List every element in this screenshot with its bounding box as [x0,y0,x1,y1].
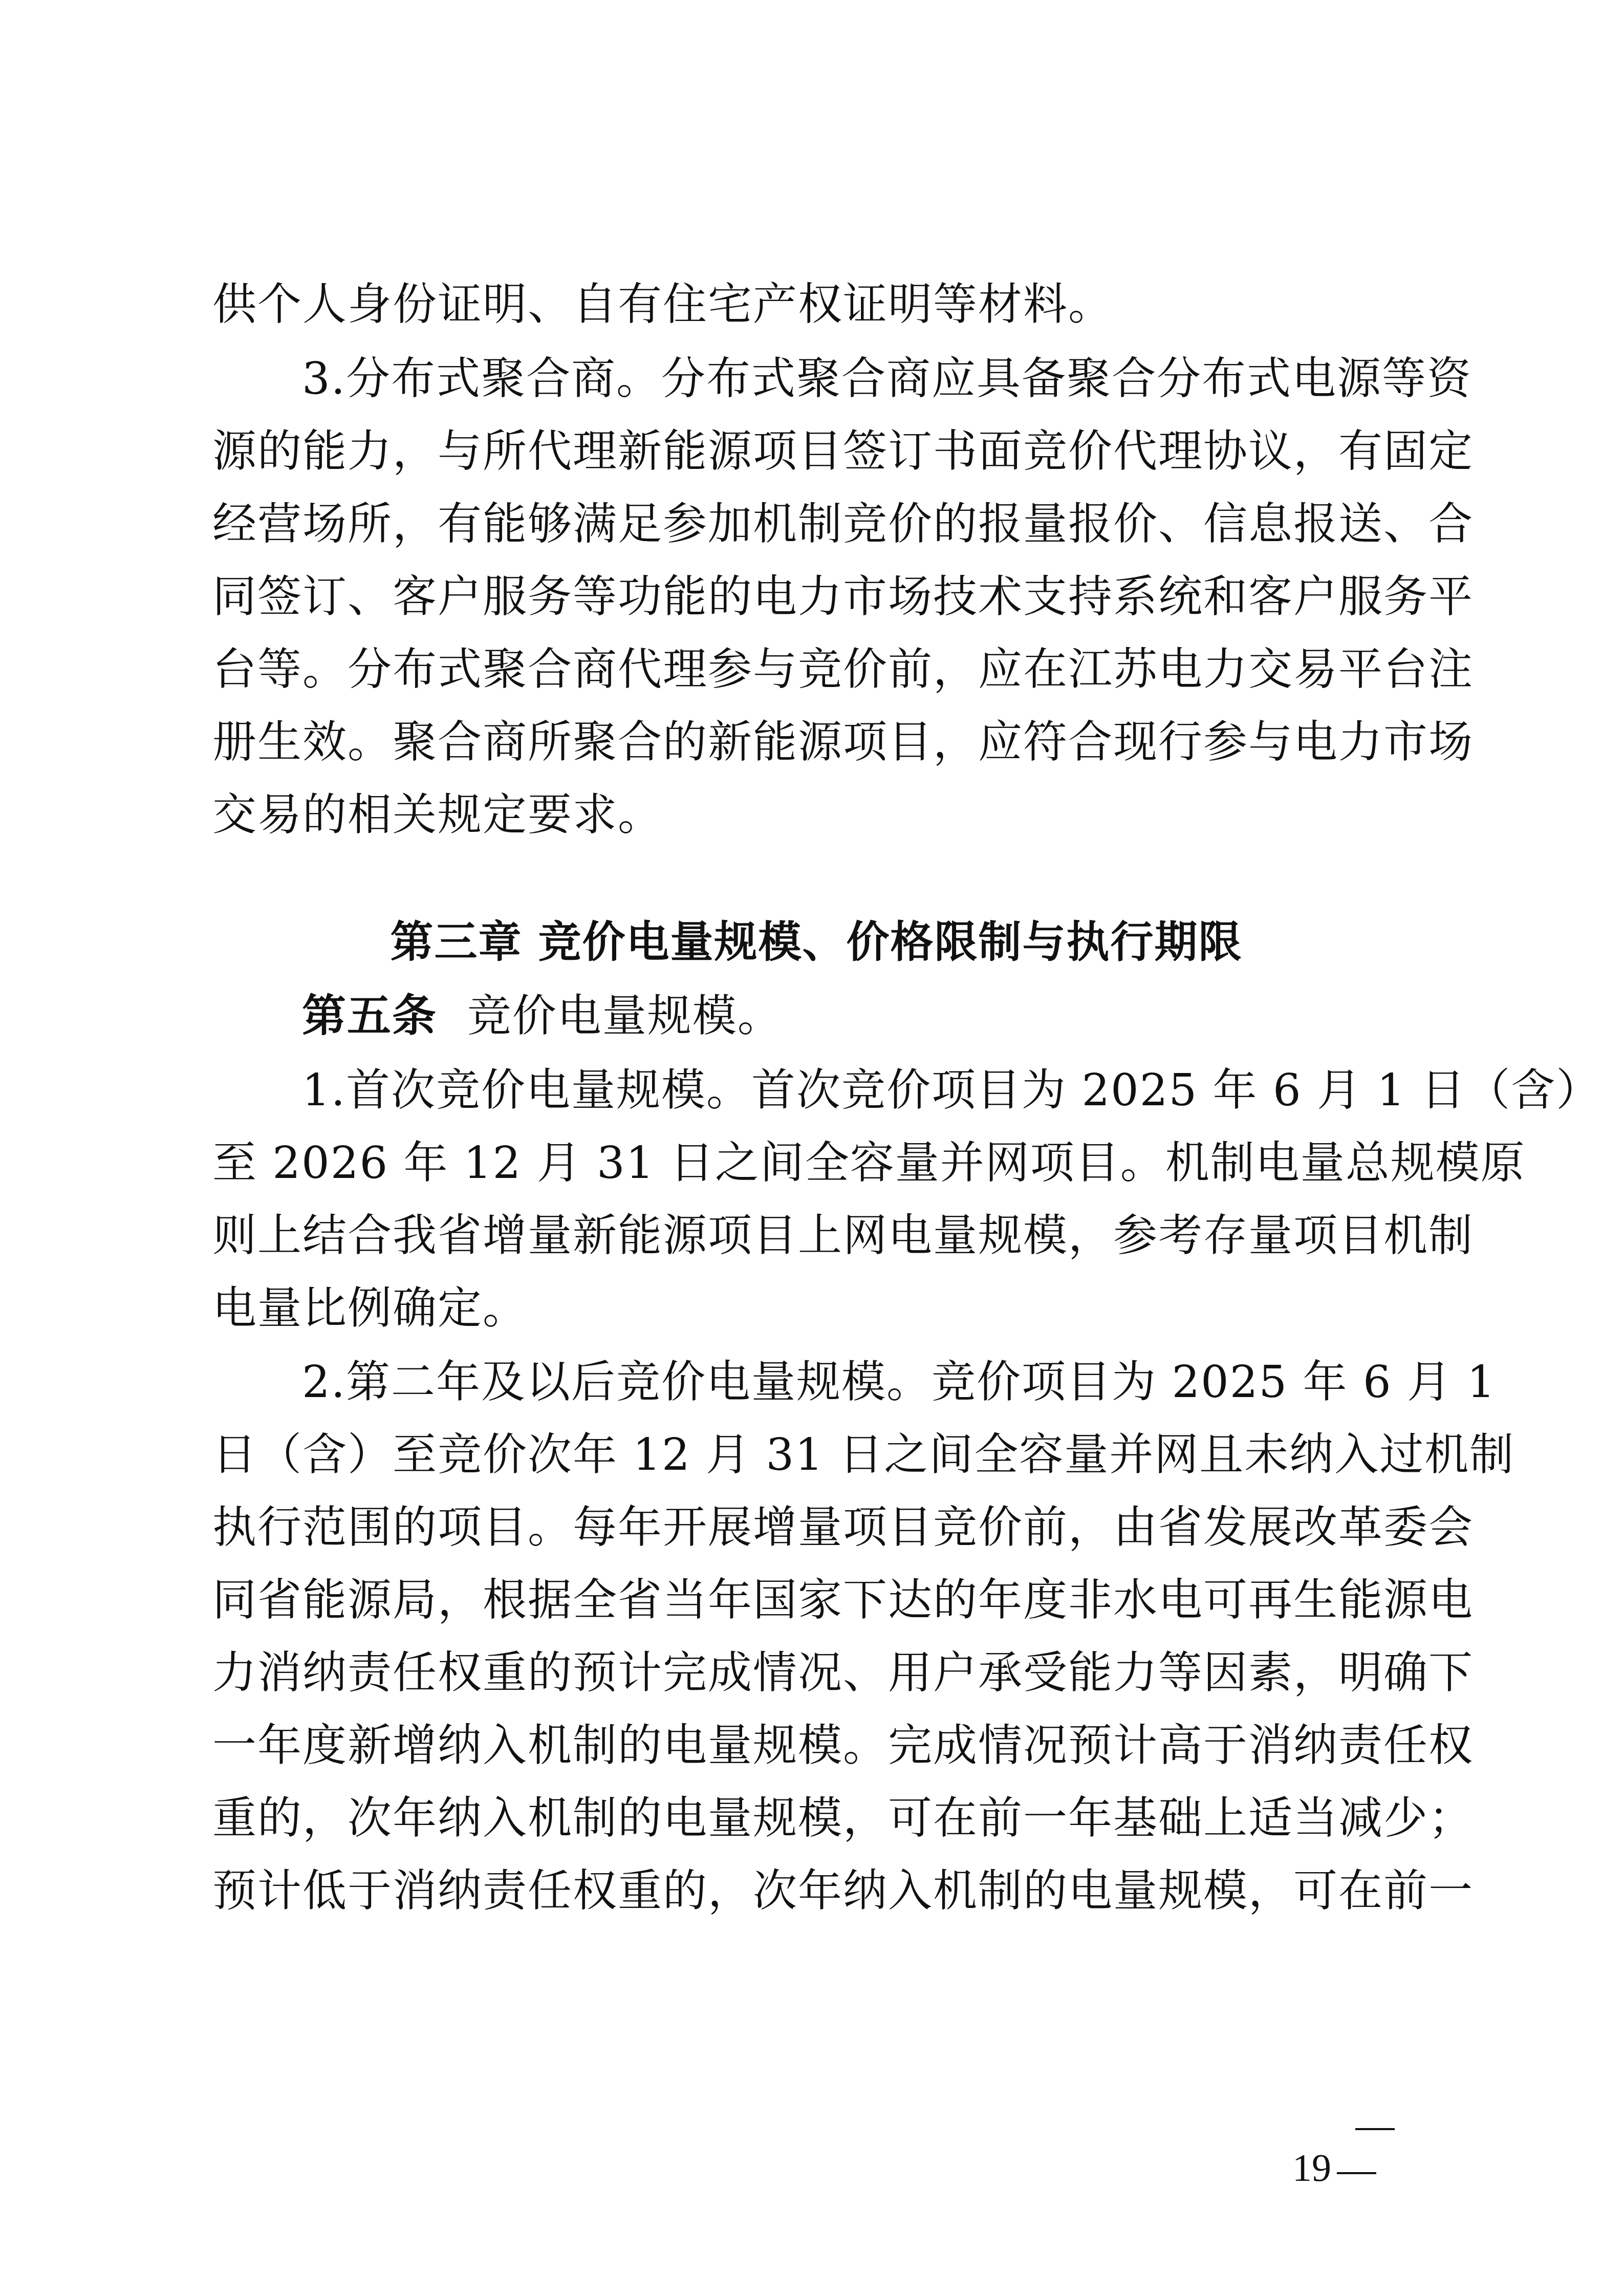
article-label: 第五条 [302,991,437,1042]
body-line: 至 2026 年 12 月 31 日之间全容量并网项目。机制电量总规模原 [212,1138,1420,1189]
article-heading: 第五条 竞价电量规模。 [302,991,783,1042]
body-line: 源的能力，与所代理新能源项目签订书面竞价代理协议，有固定 [212,426,1420,477]
footer-dash-top [1355,2128,1395,2130]
body-line: 2.第二年及以后竞价电量规模。竞价项目为 2025 年 6 月 1 [302,1357,1420,1408]
body-line: 日（含）至竞价次年 12 月 31 日之间全容量并网且未纳入过机制 [212,1429,1420,1480]
body-line: 1.首次竞价电量规模。首次竞价项目为 2025 年 6 月 1 日（含） [302,1065,1420,1116]
footer-dash-bottom [1337,2172,1376,2174]
body-line: 重的，次年纳入机制的电量规模，可在前一年基础上适当减少； [212,1793,1420,1844]
body-line: 3.分布式聚合商。分布式聚合商应具备聚合分布式电源等资 [302,353,1420,404]
body-line: 同省能源局，根据全省当年国家下达的年度非水电可再生能源电 [212,1575,1420,1626]
article-title: 竞价电量规模。 [467,991,783,1042]
body-line: 一年度新增纳入机制的电量规模。完成情况预计高于消纳责任权 [212,1720,1420,1771]
body-line: 则上结合我省增量新能源项目上网电量规模，参考存量项目机制 [212,1210,1420,1261]
body-line: 供个人身份证明、自有住宅产权证明等材料。 [212,279,1420,330]
body-line: 执行范围的项目。每年开展增量项目竞价前，由省发展改革委会 [212,1502,1420,1553]
body-line: 力消纳责任权重的预计完成情况、用户承受能力等因素，明确下 [212,1647,1420,1699]
body-line: 经营场所，有能够满足参加机制竞价的报量报价、信息报送、合 [212,499,1420,550]
chapter-title: 第三章 竞价电量规模、价格限制与执行期限 [212,916,1420,968]
document-page: 供个人身份证明、自有住宅产权证明等材料。 3.分布式聚合商。分布式聚合商应具备聚… [0,0,1624,2296]
body-line: 台等。分布式聚合商代理参与竞价前，应在江苏电力交易平台注 [212,644,1420,695]
body-line: 交易的相关规定要求。 [212,789,1420,841]
body-line: 电量比例确定。 [212,1283,1420,1334]
body-line: 预计低于消纳责任权重的，次年纳入机制的电量规模，可在前一 [212,1865,1420,1917]
body-line: 同签订、客户服务等功能的电力市场技术支持系统和客户服务平 [212,571,1420,623]
body-line: 册生效。聚合商所聚合的新能源项目，应符合现行参与电力市场 [212,717,1420,768]
page-number: 19 [1292,2148,1331,2188]
